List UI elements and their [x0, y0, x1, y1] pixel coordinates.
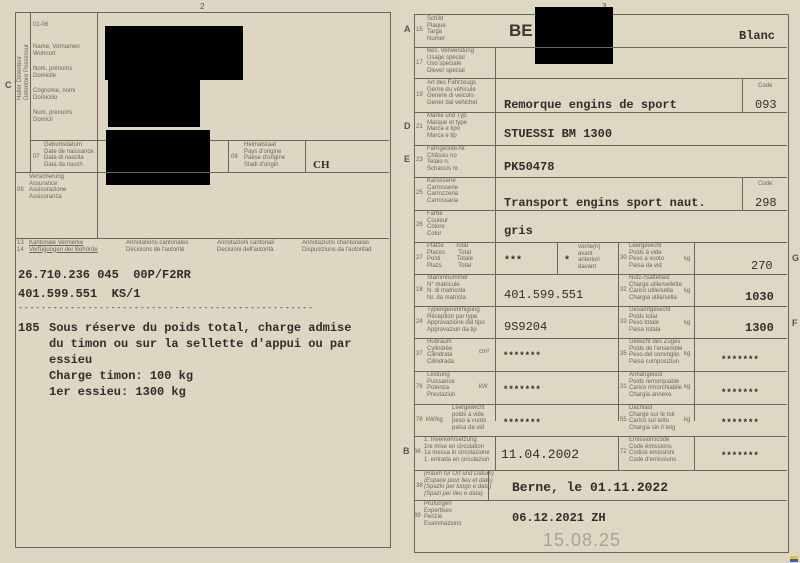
note-line-5: 1er essieu: 1300 kg: [49, 385, 186, 399]
total-weight-value: 1300: [745, 321, 774, 335]
origin-label: Heimatstaat Pays d'origine Paese d'origi…: [244, 142, 285, 168]
field-number: 31: [620, 384, 627, 390]
body-code: 298: [755, 196, 777, 210]
right-page: 3 A 15 Schild Plaque Targa Numer BE Blan…: [400, 0, 800, 563]
roof-load-value: *******: [721, 418, 759, 428]
special-use-label: Bes. Verwendung Usage spécial Uso specia…: [427, 48, 474, 74]
divider: [414, 274, 787, 275]
color-label: Farbe Couleur Colore Colur: [427, 211, 448, 237]
type-approval-label: Typengenehmigung Réception par type Appr…: [427, 307, 485, 333]
chassis-value: PK50478: [504, 160, 554, 174]
left-page: 2 C Halter Détenteur Detentore Possessur…: [0, 0, 400, 563]
unit-kg: kg: [684, 417, 690, 423]
inspection-stamp: 15.08.25: [543, 530, 621, 551]
field-number: 33: [620, 319, 627, 325]
field-number: 27: [416, 255, 423, 261]
field-number: 36: [414, 449, 421, 455]
divider: [414, 112, 787, 113]
power-ratio-value: *******: [503, 418, 541, 428]
annotation-line-1: 26.710.236 045 00P/F2RR: [18, 268, 191, 282]
divider: [15, 172, 389, 173]
field-number: 23: [416, 157, 423, 163]
first-registration-label: 1. Inverkehrsetzung 1re mise en circulat…: [424, 437, 490, 463]
code-label: Code: [758, 181, 772, 188]
vehicle-type-value: Remorque engins de sport: [504, 98, 677, 112]
seats-front-label: vorne(n) avant anteriori davant: [578, 244, 600, 270]
redacted-plate-number: [535, 7, 613, 64]
empty-weight-value: 270: [751, 259, 773, 273]
divider: [15, 238, 389, 239]
redacted-birthdate: [106, 130, 210, 185]
power-ratio-label: Leergewicht poids à vide peso a vuoto pa…: [452, 405, 486, 431]
field-number: 30: [620, 255, 627, 261]
holder-label-it: Cognome, nomi Domicilio: [33, 88, 75, 101]
side-letter-d: D: [404, 121, 411, 131]
divider: [694, 242, 695, 421]
divider: [557, 242, 558, 274]
annotations-header-rm: Annotaziuns chantunalas Dispusiziuns da …: [302, 240, 372, 253]
place-date-label: (Raum für Ort und Datum) (Espace pour li…: [424, 471, 494, 497]
holder-field-ref: 01-06: [33, 22, 48, 29]
note-line-2: du timon ou sur la sellette d'appui ou p…: [49, 337, 351, 351]
field-number: 37: [416, 351, 423, 357]
total-weight-label: Gesamtgewicht Poids total Peso totale Pa…: [629, 307, 670, 333]
divider: [414, 371, 787, 372]
field-number: 25: [416, 190, 423, 196]
seats-total: ***: [504, 256, 522, 267]
plate-color: Blanc: [739, 29, 775, 43]
payload-label: Nutz-/Sattellast Charge utile/sellette C…: [629, 275, 682, 301]
divider: [742, 78, 743, 112]
displacement-label: Hubraum Cylindrée Cilindrata Cilindrada: [427, 339, 454, 365]
type-approval-value: 9S9204: [504, 320, 547, 334]
field-number: 19: [416, 92, 423, 98]
unit-kw: kW: [479, 384, 488, 390]
trailer-load-label: Anhängelast Poids remorquable Carico rim…: [629, 372, 682, 398]
page-number: 2: [200, 2, 204, 11]
note-line-3: essieu: [49, 353, 92, 367]
annotations-numbers: 13 14: [17, 240, 24, 253]
unit-kg: kg: [684, 384, 690, 390]
unit-kg: kg: [684, 288, 690, 294]
divider: [414, 145, 787, 146]
holder-label-fr: Nom, prénoms Domicile: [33, 66, 72, 79]
color-value: gris: [504, 224, 533, 238]
roof-load-label: Dachlast Charge sur le toit Carico sul t…: [629, 405, 675, 431]
first-registration-value: 11.04.2002: [501, 447, 579, 462]
vehicle-type-label: Art des Fahrzeugs Genre du véhicule Gene…: [427, 80, 477, 106]
inspections-value: 06.12.2021 ZH: [512, 511, 606, 525]
field-number: 38: [416, 483, 423, 489]
holder-vertical-label-2: Detentore Possessur: [24, 40, 31, 100]
inspections-label: Prüfungen Expertises Perizie Examinaziun…: [424, 501, 461, 527]
field-number: 26: [416, 222, 423, 228]
plate-label: Schild Plaque Targa Numer: [427, 16, 446, 42]
power-label: Leistung Puissance Potenza Prestaziun: [427, 372, 455, 398]
vehicle-type-code: 093: [755, 98, 777, 112]
side-letter-f: F: [792, 318, 798, 328]
insurance-label: Versicherung Assurance Assicurazione Ass…: [29, 174, 66, 200]
power-value: *******: [503, 385, 541, 395]
side-letter-g: G: [792, 253, 799, 263]
field-number: 72: [620, 449, 627, 455]
make-model-value: STUESSI BM 1300: [504, 127, 612, 141]
seats-label: Plätze Total Places Total Posti Totale P…: [427, 243, 473, 269]
birthdate-label: Geburtsdatum Date de naissance Data di n…: [44, 142, 94, 168]
empty-weight-label: Leergewicht Poids à vide Peso a vuoto Pa…: [629, 243, 664, 269]
field-number: 32: [620, 287, 627, 293]
unit-kg: kg: [684, 320, 690, 326]
redacted-holder-address: [108, 80, 200, 127]
field-number: 17: [416, 60, 423, 66]
seats-front: *: [564, 256, 570, 267]
side-letter-e: E: [404, 154, 410, 164]
body-label: Karosserie Carrosserie Carrozzeria Carro…: [427, 178, 458, 204]
matricule-value: 401.599.551: [504, 288, 583, 302]
train-weight-label: Gewicht des Zuges Poids de l'ensemble Pe…: [629, 339, 683, 365]
code-label: Code: [758, 83, 772, 90]
emission-code-value: *******: [721, 451, 759, 461]
annotations-header-fr: Annotations cantonales Décisions de l'au…: [126, 240, 188, 253]
trailer-load-value: *******: [721, 388, 759, 398]
annotations-header-de: Kantonale Vermerke Verfügungen der Behör…: [29, 240, 98, 253]
field-number: 39: [414, 513, 421, 519]
side-letter-a: A: [404, 24, 411, 34]
divider: [414, 210, 787, 211]
plate-canton: BE: [509, 21, 533, 41]
body-value: Transport engins sport naut.: [504, 196, 706, 210]
redacted-holder-name: [105, 26, 243, 80]
field-number: 21: [416, 124, 423, 130]
field-number: 08: [231, 154, 238, 160]
unit-cm3: cm³: [479, 349, 489, 355]
divider: [488, 470, 489, 500]
field-number: 76: [416, 384, 423, 390]
field-number: 09: [17, 187, 24, 193]
note-line-1: Sous réserve du poids total, charge admi…: [49, 321, 351, 335]
payload-value: 1030: [745, 290, 774, 304]
annotations-header-it: Annotazioni cantonali Decisioni dell'aut…: [217, 240, 274, 253]
holder-label-de: Name, Vornamen Wohnort: [33, 44, 80, 57]
field-number: 55: [620, 417, 627, 423]
unit-kw-kg: kW/kg: [426, 417, 443, 423]
field-number: 18: [416, 287, 423, 293]
field-number: 15: [416, 27, 423, 33]
unit-kg: kg: [684, 351, 690, 357]
side-letter-b: B: [403, 446, 410, 456]
divider: [414, 338, 787, 339]
divider: [414, 78, 787, 79]
holder-label-rm: Num, prenums Domicil: [33, 110, 72, 123]
field-number: 35: [620, 351, 627, 357]
matricule-label: Stammnummer N° matricule N. di matricola…: [427, 275, 468, 301]
corner-mark: [790, 556, 798, 562]
note-code: 185: [18, 321, 40, 335]
holder-vertical-label: Halter Détenteur: [17, 40, 24, 100]
place-date-value: Berne, le 01.11.2022: [512, 480, 668, 495]
unit-kg: kg: [684, 256, 690, 262]
divider: [228, 140, 229, 172]
field-number: 24: [416, 319, 423, 325]
divider: [414, 177, 787, 178]
divider: [495, 436, 496, 470]
field-number: 78: [416, 417, 423, 423]
make-model-label: Marke und Typ Marque et type Marca e tip…: [427, 113, 467, 139]
divider: [618, 242, 619, 421]
divider: [97, 12, 98, 239]
divider: [495, 47, 496, 421]
side-letter-c: C: [5, 80, 12, 90]
chassis-label: Fahrgestell-Nr. Châssis no Telaio n. Sch…: [427, 146, 466, 172]
divider: [618, 436, 619, 470]
annotation-separator: ----------------------------------------…: [18, 304, 382, 313]
field-number: 07: [33, 154, 40, 160]
train-weight-value: *******: [721, 355, 759, 365]
divider: [305, 140, 306, 172]
divider: [694, 436, 695, 470]
origin-value: CH: [313, 159, 330, 171]
emission-code-label: Emissionscode Code émissions Codice emis…: [629, 437, 676, 463]
note-line-4: Charge timon: 100 kg: [49, 369, 193, 383]
annotation-line-2: 401.599.551 KS/1: [18, 287, 140, 301]
divider: [742, 177, 743, 210]
divider: [414, 500, 787, 501]
displacement-value: *******: [503, 351, 541, 361]
